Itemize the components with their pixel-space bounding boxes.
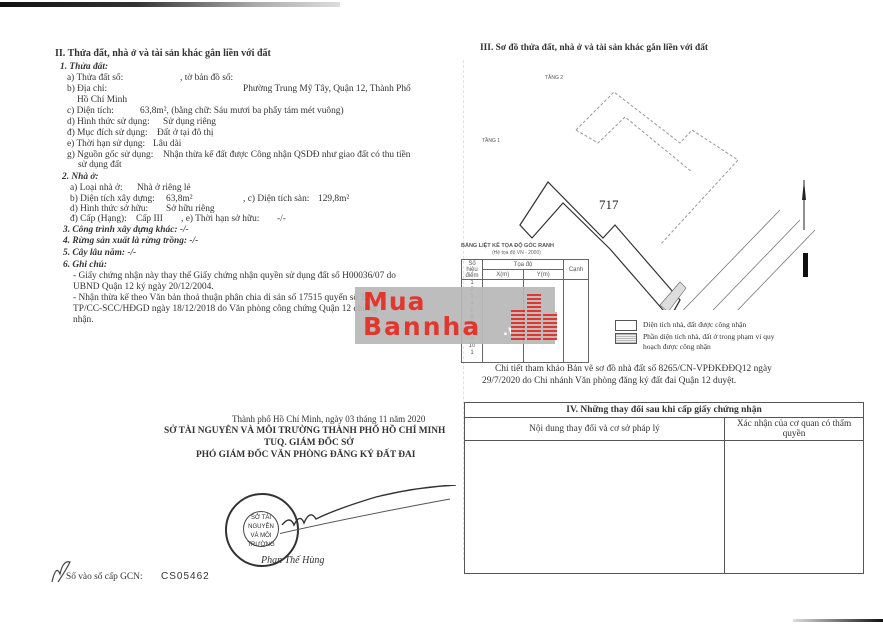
term-value: Lâu dài	[153, 139, 181, 150]
register-label: Số vào sổ cấp GCN:	[66, 572, 143, 583]
coord-note-cell	[564, 280, 589, 363]
note-line-1: - Giấy chứng nhận này thay thế Giấy chứn…	[73, 271, 396, 282]
grade-label: đ) Cấp (Hạng):	[70, 214, 127, 225]
floor-area-label: , c) Diện tích sàn:	[243, 194, 309, 205]
section4-heading: IV. Những thay đổi sau khi cấp giấy chứn…	[465, 403, 864, 418]
area-label: c) Diện tích:	[67, 106, 114, 117]
coord-col-y: Y(m)	[523, 270, 564, 280]
changes-table: IV. Những thay đổi sau khi cấp giấy chứn…	[464, 402, 864, 574]
org-line: SỞ TÀI NGUYÊN VÀ MÔI TRƯỜNG THÀNH PHỐ HỒ…	[164, 426, 445, 437]
note-line-4: TP/CC-SCC/HĐGD ngày 18/12/2018 do Văn ph…	[73, 304, 377, 315]
perennial: 5. Cây lâu năm: -/-	[63, 248, 136, 259]
watermark-building-icon	[527, 292, 541, 340]
signer-title: PHÓ GIÁM ĐỐC VĂN PHÒNG ĐĂNG KÝ ĐẤT ĐAI	[196, 450, 415, 461]
scan-edge-bottom	[793, 619, 883, 622]
register-value: CS05462	[161, 571, 210, 582]
use-form-value: Sử dụng riêng	[163, 117, 216, 128]
signer-name: Phan Thế Hùng	[261, 555, 324, 566]
changes-col-confirm: Xác nhận của cơ quan có thẩm quyền	[725, 418, 864, 441]
scan-edge-top	[0, 2, 340, 7]
map-sheet-label: , tờ bản đồ số:	[180, 73, 233, 84]
house-type-value: Nhà ở riêng lẻ	[137, 183, 191, 194]
section2-heading: II. Thửa đất, nhà ở và tài sản khác gắn …	[55, 48, 271, 59]
purpose-label: đ) Mục đích sử dụng:	[67, 128, 148, 139]
coord-col-x: X(m)	[483, 270, 524, 280]
watermark-line2: Bannha	[363, 314, 481, 340]
note-line-2: UBND Quận 12 ký ngày 20/12/2004.	[73, 282, 214, 293]
changes-col-content: Nội dung thay đổi và cơ sở pháp lý	[465, 418, 725, 441]
legend-label-1: Diện tích nhà, đất được công nhận	[643, 319, 746, 330]
house-type-label: a) Loại nhà ở:	[70, 183, 123, 194]
section3-heading: III. Sơ đồ thửa đất, nhà ở và tài sản kh…	[480, 43, 708, 54]
parcel-no-label: a) Thửa đất số:	[67, 73, 123, 84]
coord-point: 10	[462, 343, 482, 350]
legend-swatch-blank	[615, 320, 637, 331]
stamp-text: SỞ TÀI NGUYÊN VÀ MÔI TRƯỜNG	[243, 511, 279, 547]
own-term-label: , e) Thời hạn sở hữu:	[181, 214, 259, 225]
legend-label-2: Phần diện tích nhà, đất ở trong phạm vi …	[643, 332, 793, 352]
reference-note: Chi tiết tham khảo Bản vẽ sơ đồ nhà đất …	[482, 363, 812, 387]
land-title: 1. Thửa đất:	[60, 62, 108, 73]
coord-col-note: Cạnh	[564, 260, 589, 280]
origin-value-cont: sử dụng đất	[78, 160, 122, 171]
changes-content-cell	[465, 441, 725, 574]
grade-value: Cấp III	[136, 214, 163, 225]
forest: 4. Rừng sản xuất là rừng trồng: -/-	[63, 236, 198, 247]
purpose-value: Đất ở tại đô thị	[157, 128, 214, 139]
floor-area-value: 129,8m²	[318, 194, 349, 205]
coord-table-subtitle: (Hệ tọa độ VN - 2000)	[492, 250, 541, 256]
watermark-building-icon	[543, 312, 557, 340]
date-line: Thành phố Hồ Chí Minh, ngày 03 tháng 11 …	[232, 414, 425, 425]
mua-bannha-watermark: Mua Bannha .vn	[355, 287, 555, 344]
address-label: b) Địa chỉ:	[67, 84, 107, 95]
coord-point: 1	[462, 280, 482, 287]
house-title: 2. Nhà ở:	[62, 172, 99, 183]
origin-value: Nhận thừa kế đất được Công nhận QSDĐ như…	[163, 150, 411, 161]
term-label: e) Thời hạn sử dụng:	[67, 139, 145, 150]
coord-table-title: BẢNG LIỆT KÊ TỌA ĐỘ GÓC RANH	[461, 243, 554, 249]
address-value: Phường Trung Mỹ Tây, Quận 12, Thành Phố	[243, 84, 411, 95]
tuq-line: TUQ. GIÁM ĐỐC SỞ	[264, 438, 354, 449]
watermark-building-icon	[511, 310, 525, 340]
parcel-number: 717	[599, 197, 619, 213]
coord-col-point: Số hiệu điểm	[462, 260, 483, 280]
changes-confirm-cell	[725, 441, 864, 574]
own-term-value: -/-	[277, 214, 286, 225]
note-line-5: nhận.	[73, 315, 94, 326]
area-value: 63,8m², (bằng chữ: Sáu mươi ba phẩy tám …	[140, 106, 344, 117]
signature-scribble	[280, 485, 460, 545]
coord-point: 1	[462, 350, 482, 357]
notes-title: 6. Ghi chú:	[63, 260, 107, 271]
address-value-cont: Hồ Chí Minh	[77, 95, 127, 106]
legend-swatch-hatched	[615, 333, 637, 344]
use-form-label: d) Hình thức sử dụng:	[67, 117, 150, 128]
coord-col-coord: Tọa độ	[483, 260, 564, 270]
note-line-3: - Nhận thừa kế theo Văn bản thoả thuận p…	[73, 293, 370, 304]
other-works: 3. Công trình xây dựng khác: -/-	[63, 225, 189, 236]
